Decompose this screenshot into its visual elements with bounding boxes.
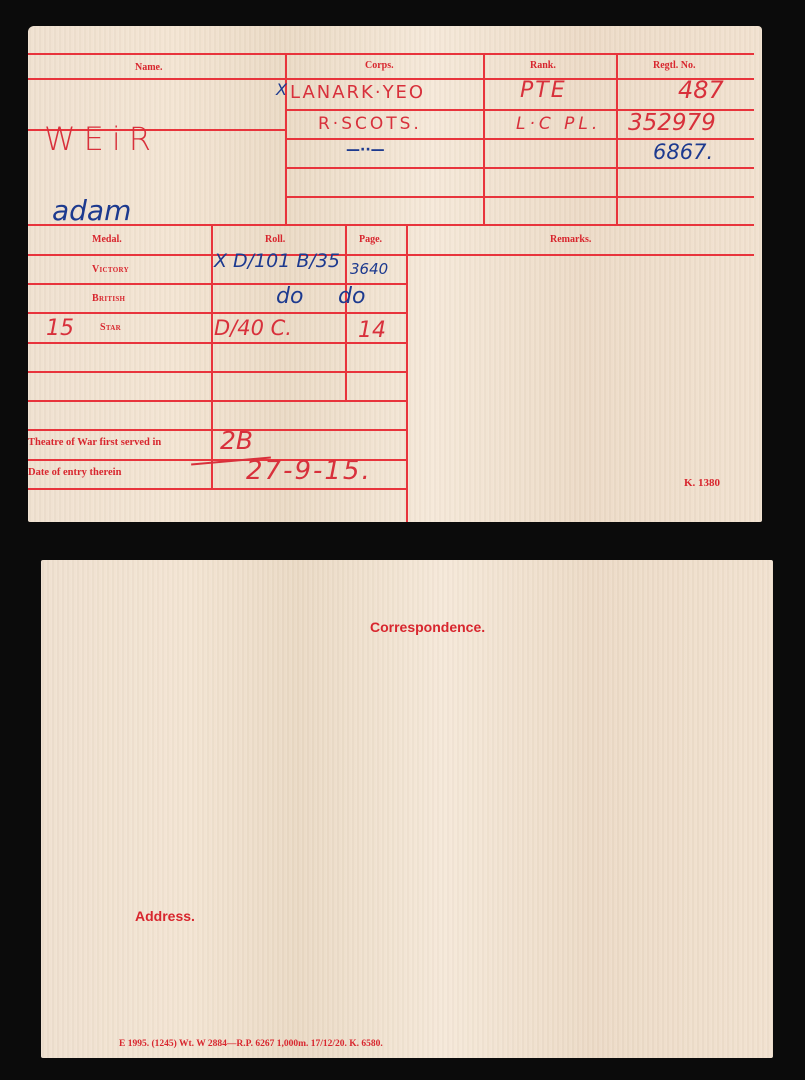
rule (286, 196, 754, 198)
print-footer: E 1995. (1245) Wt. W 2884—R.P. 6267 1,00… (119, 1039, 383, 1049)
rule (28, 429, 406, 431)
rule (286, 167, 754, 169)
corps-ditto: —··— (346, 142, 385, 158)
remarks-header: Remarks. (550, 234, 591, 245)
regtl-no-value-3: 6867. (653, 140, 713, 164)
rule (28, 53, 754, 55)
rule (345, 224, 347, 402)
medal-victory-label: Victory (92, 264, 129, 275)
rule (616, 53, 618, 225)
medal-card-back: Correspondence. Address. E 1995. (1245) … (41, 560, 773, 1058)
medal-header: Medal. (92, 234, 122, 245)
rule (285, 53, 287, 225)
rule (28, 342, 406, 344)
victory-page: 3640 (350, 260, 388, 278)
rank-value-1: PTE (520, 78, 567, 103)
victory-roll: X D/101 B/35 (214, 250, 340, 272)
rank-header: Rank. (530, 60, 556, 71)
corps-value-2: R·SCOTS. (318, 114, 422, 134)
rank-value-2: L·C PL. (516, 114, 601, 134)
rule (483, 53, 485, 225)
rule (28, 312, 406, 314)
medal-british-label: British (92, 293, 125, 304)
rule (211, 224, 213, 489)
form-number: K. 1380 (684, 477, 720, 489)
address-label: Address. (135, 908, 195, 924)
entry-date-label: Date of entry therein (28, 467, 121, 478)
star-prefix: 15 (46, 316, 74, 341)
regtl-no-value-1: 487 (678, 76, 724, 104)
british-roll-ditto: do (276, 284, 303, 309)
surname: WEiR (44, 120, 159, 158)
rule (28, 254, 754, 256)
star-roll: D/40 C. (214, 316, 292, 340)
rule (28, 488, 406, 490)
forename: adam (52, 194, 131, 227)
page-header: Page. (359, 234, 382, 245)
rule (28, 400, 406, 402)
star-page: 14 (358, 318, 386, 343)
regtl-no-header: Regtl. No. (653, 60, 696, 71)
entry-date-value: 27-9-15. (246, 456, 372, 486)
medal-star-label: Star (100, 322, 121, 333)
medal-card-front: Name. Corps. Rank. Regtl. No. WEiR adam … (28, 26, 762, 522)
service-marker: X (276, 80, 287, 99)
rule (28, 371, 406, 373)
rule (28, 224, 754, 226)
theatre-label: Theatre of War first served in (28, 437, 161, 448)
corps-value-1: LANARK·YEO (290, 82, 425, 103)
corps-header: Corps. (365, 60, 394, 71)
rule (28, 78, 754, 80)
rule (406, 224, 408, 522)
name-header: Name. (135, 62, 163, 73)
roll-header: Roll. (265, 234, 285, 245)
british-page-ditto: do (338, 284, 365, 309)
theatre-value: 2B (220, 426, 253, 455)
regtl-no-value-2: 352979 (628, 110, 716, 136)
correspondence-label: Correspondence. (370, 619, 485, 635)
